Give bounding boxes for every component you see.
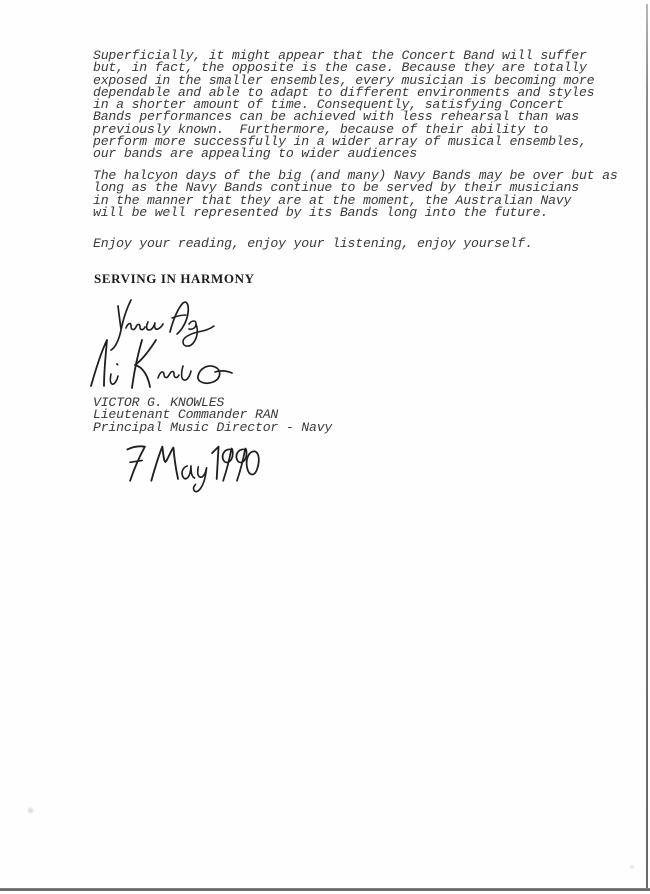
signature-handwriting-icon bbox=[86, 334, 234, 398]
letter-page: Superficially, it might appear that the … bbox=[0, 0, 650, 894]
scan-edge-bottom bbox=[0, 888, 650, 891]
paragraph-concert-band: Superficially, it might appear that the … bbox=[93, 50, 594, 161]
serving-in-harmony-heading: SERVING IN HARMONY bbox=[94, 271, 255, 287]
date-handwriting-icon bbox=[120, 440, 260, 492]
handwritten-date bbox=[120, 440, 260, 492]
scan-speck bbox=[629, 864, 635, 870]
scan-edge-right bbox=[646, 4, 648, 889]
scan-speck bbox=[27, 806, 34, 815]
handwritten-signature-vic-knowles bbox=[86, 334, 234, 398]
paragraph-enjoy: Enjoy your reading, enjoy your listening… bbox=[93, 238, 533, 250]
signatory-block: VICTOR G. KNOWLES Lieutenant Commander R… bbox=[93, 397, 332, 434]
paragraph-halcyon-days: The halcyon days of the big (and many) N… bbox=[93, 170, 618, 219]
